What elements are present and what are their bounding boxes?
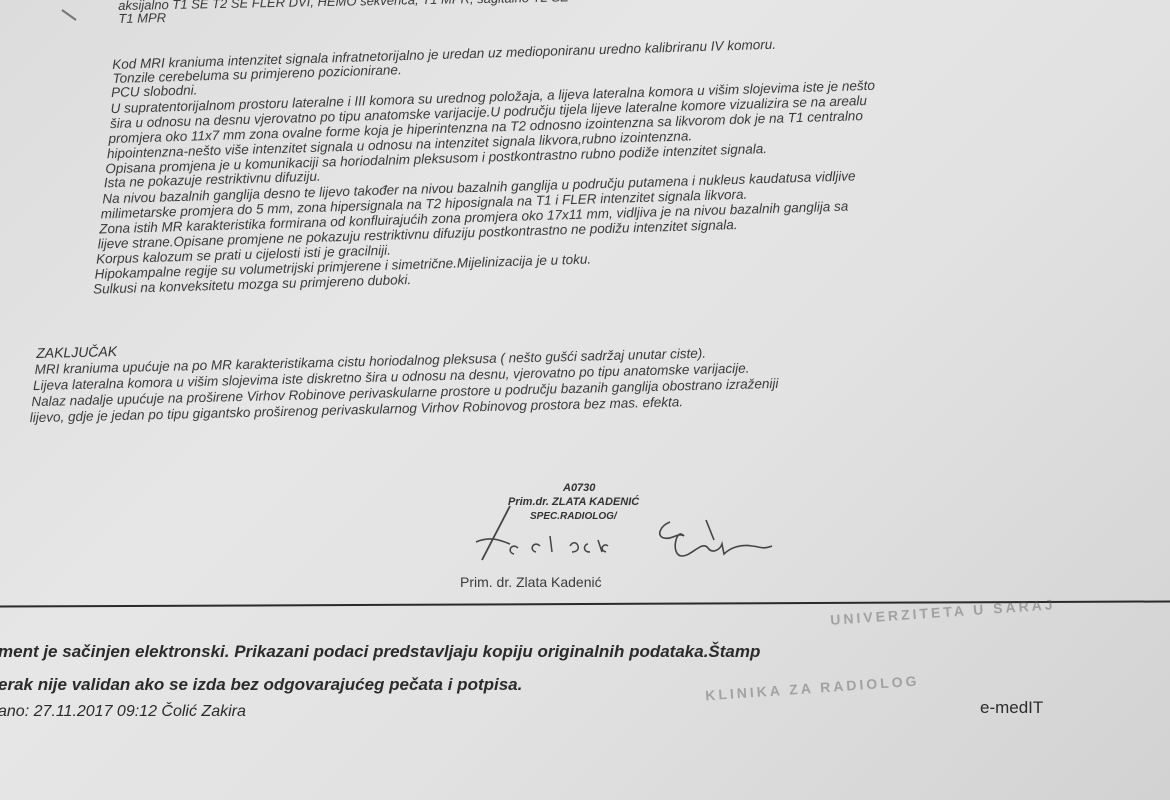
brand-label: e-medIT	[980, 698, 1043, 718]
finding-line: PCU slobodni.	[111, 82, 198, 100]
footer-notice-line-2: erak nije validan ako se izda bez odgova…	[0, 675, 522, 695]
faint-stamp-text: KLINIKA ZA RADIOLOG	[705, 673, 920, 704]
pen-mark-icon	[60, 8, 80, 22]
header-line-1: aksijalno T1 SE T2 SE FLER DVI, HEMO sek…	[118, 0, 569, 13]
scanned-document: aksijalno T1 SE T2 SE FLER DVI, HEMO sek…	[0, 0, 1170, 800]
header-line-2: T1 MPR	[118, 10, 166, 26]
footer-notice-line-1: ment je sačinjen elektronski. Prikazani …	[0, 642, 760, 662]
handwritten-signature-icon	[470, 500, 790, 565]
stamp-code: A0730	[563, 482, 595, 494]
printed-signer-name: Prim. dr. Zlata Kadenić	[460, 574, 602, 590]
finding-line: Kod MRI kraniuma intenzitet signala infr…	[112, 37, 776, 72]
conclusion-heading: ZAKLJUČAK	[36, 343, 117, 361]
print-timestamp: ano: 27.11.2017 09:12 Čolić Zakira	[0, 703, 246, 721]
